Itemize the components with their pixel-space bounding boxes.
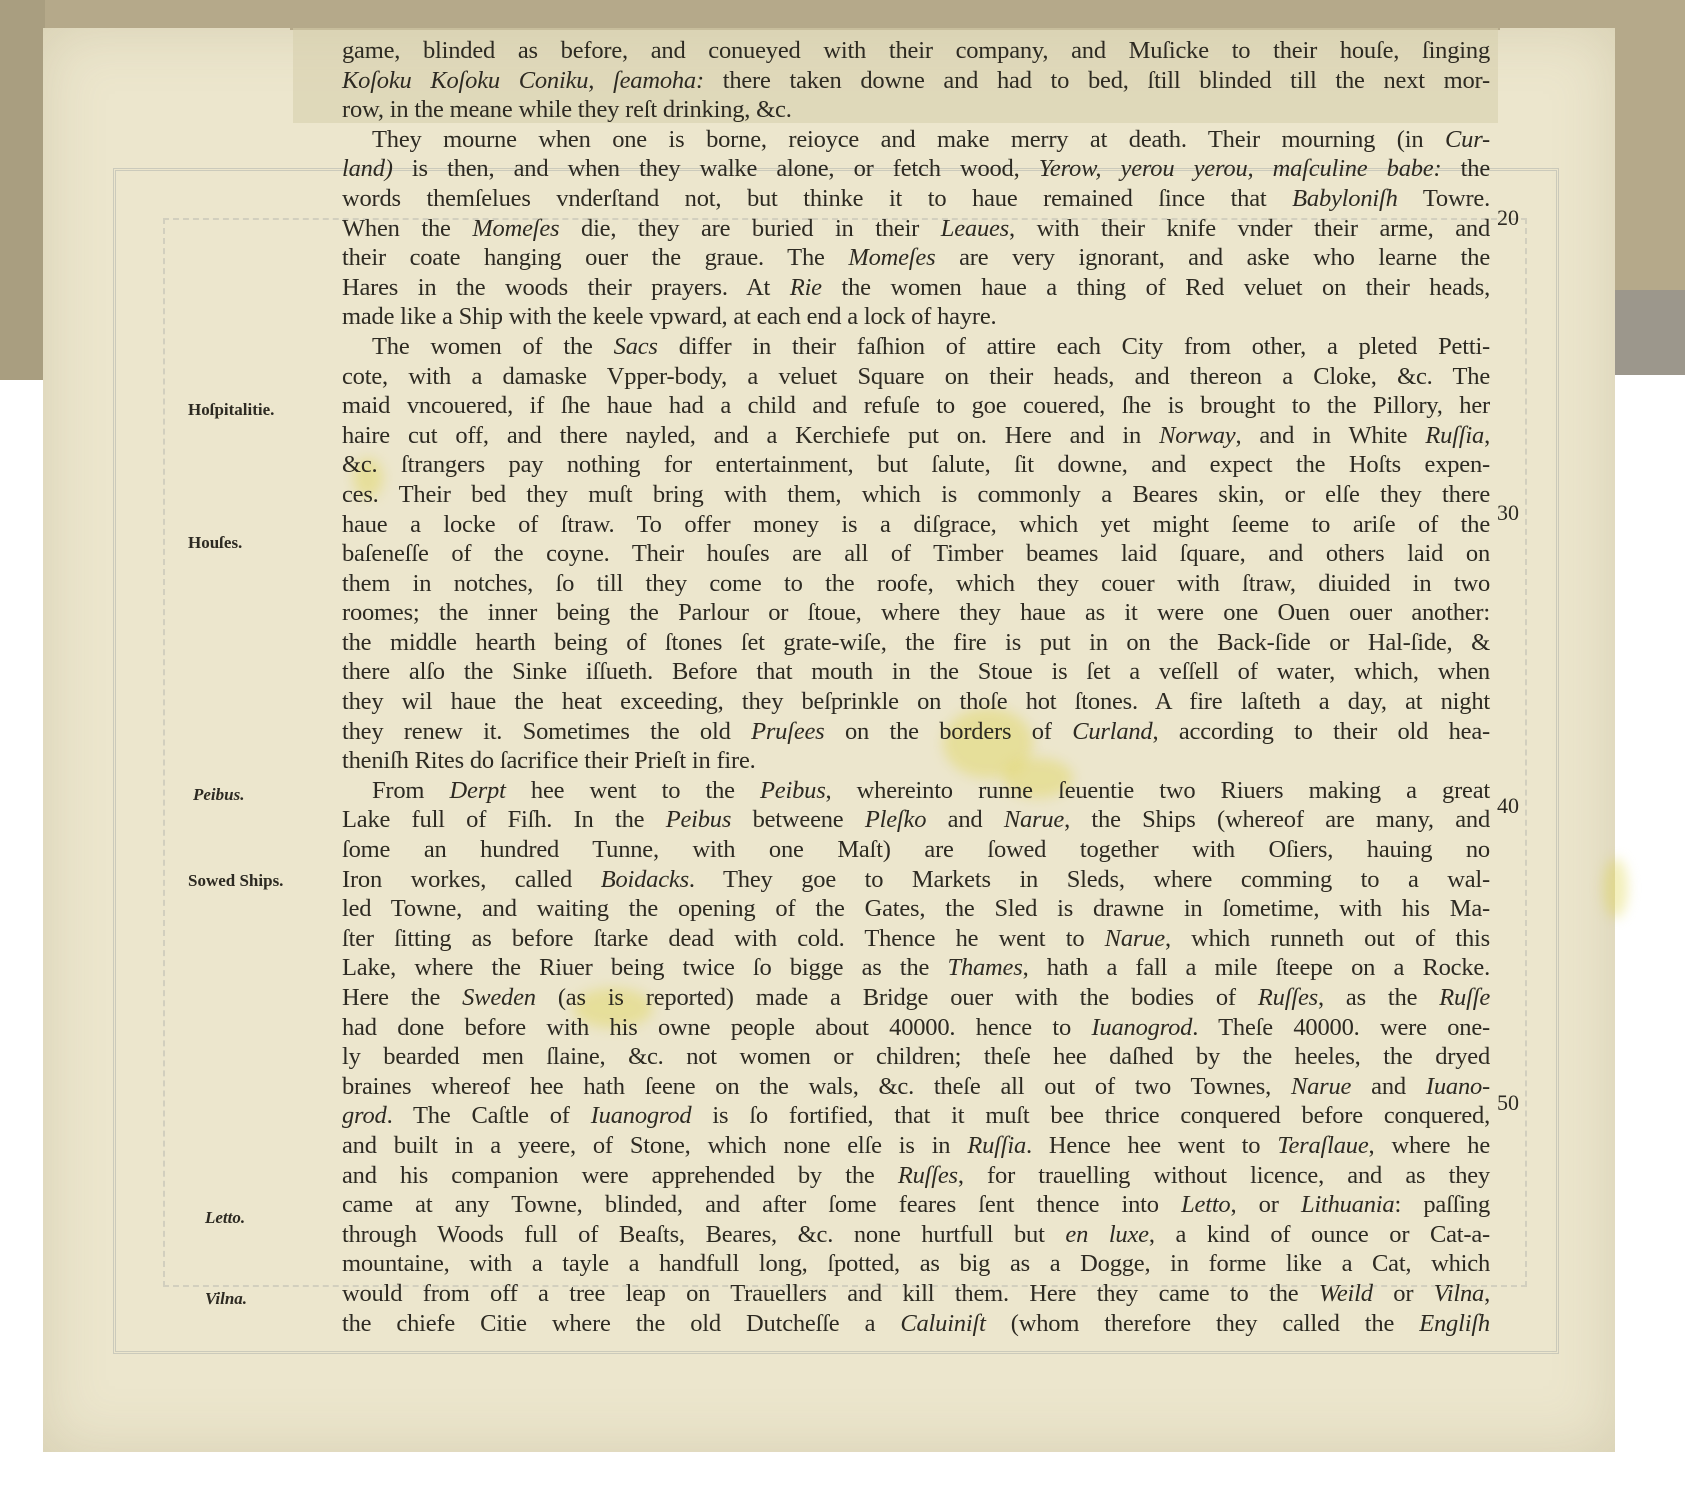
text-line: grod. The Caſtle of Iuanogrod is ſo fort… (342, 1101, 1490, 1131)
text-line: their coate hanging ouer the graue. The … (342, 243, 1490, 273)
text-line: Hares in the woods their prayers. At Rie… (342, 273, 1490, 303)
text-line: From Derpt hee went to the Peibus, where… (342, 776, 1490, 806)
text-line: row, in the meane while they reſt drinki… (342, 95, 1490, 125)
text-line: land) is then, and when they walke alone… (342, 154, 1490, 184)
page-top-tape-tab (290, 0, 1500, 30)
text-line: they renew it. Sometimes the old Pruſees… (342, 717, 1490, 747)
marginal-note: Peibus. (193, 785, 244, 805)
text-line: maid vncouered, if ſhe haue had a child … (342, 391, 1490, 421)
text-line: roomes; the inner being the Parlour or ſ… (342, 598, 1490, 628)
text-line: Iron workes, called Boidacks. They goe t… (342, 865, 1490, 895)
mount-left-strip (0, 0, 45, 380)
text-line: made like a Ship with the keele vpward, … (342, 302, 1490, 332)
text-line: had done before with his owne people abo… (342, 1013, 1490, 1043)
marginal-note: Sowed Ships. (188, 871, 283, 891)
line-number: 40 (1497, 793, 1519, 819)
text-line: them in notches, ſo till they come to th… (342, 569, 1490, 599)
line-number: 30 (1497, 500, 1519, 526)
text-line: &c. ſtrangers pay nothing for entertainm… (342, 450, 1490, 480)
text-line: When the Momeſes die, they are buried in… (342, 214, 1490, 244)
text-line: they wil haue the heat exceeding, they b… (342, 687, 1490, 717)
marginal-note: Letto. (205, 1208, 245, 1228)
text-line: led Towne, and waiting the opening of th… (342, 894, 1490, 924)
text-line: the middle hearth being of ſtones ſet gr… (342, 628, 1490, 658)
text-line: cote, with a damaske Vpper-body, a velue… (342, 362, 1490, 392)
text-line: game, blinded as before, and conueyed wi… (342, 36, 1490, 66)
text-line: and his companion were apprehended by th… (342, 1161, 1490, 1191)
text-line: ces. Their bed they muſt bring with them… (342, 480, 1490, 510)
text-line: through Woods full of Beaſts, Beares, &c… (342, 1220, 1490, 1250)
text-line: the chiefe Citie where the old Dutcheſſe… (342, 1309, 1490, 1339)
line-number: 20 (1497, 205, 1519, 231)
text-line: Koſoku Koſoku Coniku, ſeamoha: there tak… (342, 66, 1490, 96)
body-text-column: game, blinded as before, and conueyed wi… (342, 36, 1490, 1338)
text-line: would from off a tree leap on Trauellers… (342, 1279, 1490, 1309)
text-line: haire cut off, and there nayled, and a K… (342, 421, 1490, 451)
text-line: baſeneſſe of the coyne. Their houſes are… (342, 539, 1490, 569)
text-line: theniſh Rites do ſacrifice their Prieſt … (342, 746, 1490, 776)
text-line: Lake full of Fiſh. In the Peibus between… (342, 805, 1490, 835)
marginal-note: Vilna. (205, 1289, 247, 1309)
text-line: there alſo the Sinke iſſueth. Before tha… (342, 657, 1490, 687)
marginal-note: Hoſpitalitie. (188, 400, 274, 420)
text-line: Here the Sweden (as is reported) made a … (342, 983, 1490, 1013)
text-line: ſter ſitting as before ſtarke dead with … (342, 924, 1490, 954)
text-line: Lake, where the Riuer being twice ſo big… (342, 953, 1490, 983)
marginal-note: Houſes. (188, 533, 242, 553)
text-line: words themſelues vnderſtand not, but thi… (342, 184, 1490, 214)
text-line: mountaine, with a tayle a handfull long,… (342, 1249, 1490, 1279)
text-line: and built in a yeere, of Stone, which no… (342, 1131, 1490, 1161)
text-line: came at any Towne, blinded, and after ſo… (342, 1190, 1490, 1220)
line-number: 50 (1497, 1090, 1519, 1116)
text-line: They mourne when one is borne, reioyce a… (342, 125, 1490, 155)
text-line: ly bearded men ſlaine, &c. not women or … (342, 1042, 1490, 1072)
text-line: The women of the Sacs differ in their fa… (342, 332, 1490, 362)
text-line: ſome an hundred Tunne, with one Maſt) ar… (342, 835, 1490, 865)
text-line: braines whereof hee hath ſeene on the wa… (342, 1072, 1490, 1102)
yellow-stain (1603, 858, 1628, 918)
text-line: haue a locke of ſtraw. To offer money is… (342, 510, 1490, 540)
